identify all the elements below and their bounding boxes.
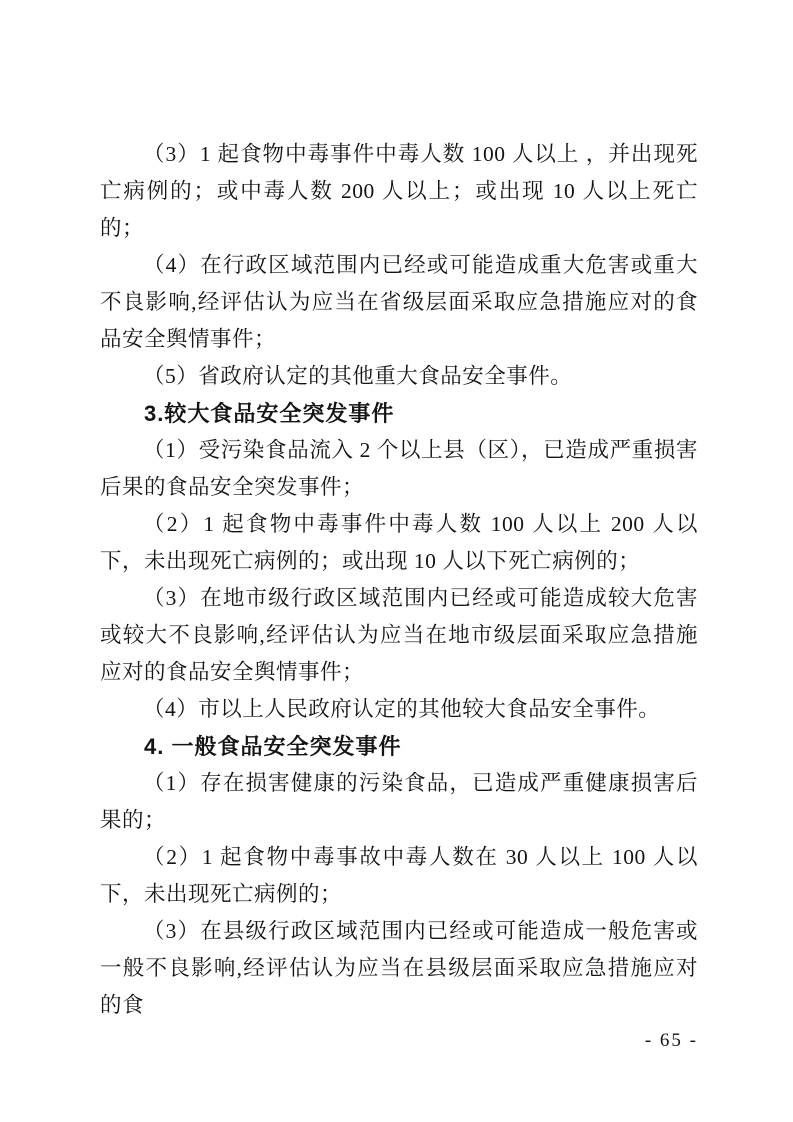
paragraph: （1）存在损害健康的污染食品，已造成严重健康损害后果的；	[100, 765, 698, 839]
paragraph: （4）市以上人民政府认定的其他较大食品安全事件。	[100, 691, 698, 728]
paragraph: （1）受污染食品流入 2 个以上县（区），已造成严重损害后果的食品安全突发事件；	[100, 432, 698, 506]
paragraph: （5）省政府认定的其他重大食品安全事件。	[100, 358, 698, 395]
section-heading: 4. 一般食品安全突发事件	[100, 728, 698, 765]
document-body: （3）1 起食物中毒事件中毒人数 100 人以上 ，并出现死亡病例的；或中毒人数…	[100, 136, 698, 1024]
paragraph: （3）在县级行政区域范围内已经或可能造成一般危害或一般不良影响,经评估认为应当在…	[100, 913, 698, 1024]
paragraph: （3）在地市级行政区域范围内已经或可能造成较大危害或较大不良影响,经评估认为应当…	[100, 580, 698, 691]
paragraph: （3）1 起食物中毒事件中毒人数 100 人以上 ，并出现死亡病例的；或中毒人数…	[100, 136, 698, 247]
section-heading: 3.较大食品安全突发事件	[100, 395, 698, 432]
paragraph: （4）在行政区域范围内已经或可能造成重大危害或重大不良影响,经评估认为应当在省级…	[100, 247, 698, 358]
document-page: （3）1 起食物中毒事件中毒人数 100 人以上 ，并出现死亡病例的；或中毒人数…	[0, 0, 793, 1122]
page-number: - 65 -	[100, 1028, 698, 1054]
paragraph: （2）1 起食物中毒事件中毒人数 100 人以上 200 人以下，未出现死亡病例…	[100, 506, 698, 580]
paragraph: （2）1 起食物中毒事故中毒人数在 30 人以上 100 人以下，未出现死亡病例…	[100, 839, 698, 913]
